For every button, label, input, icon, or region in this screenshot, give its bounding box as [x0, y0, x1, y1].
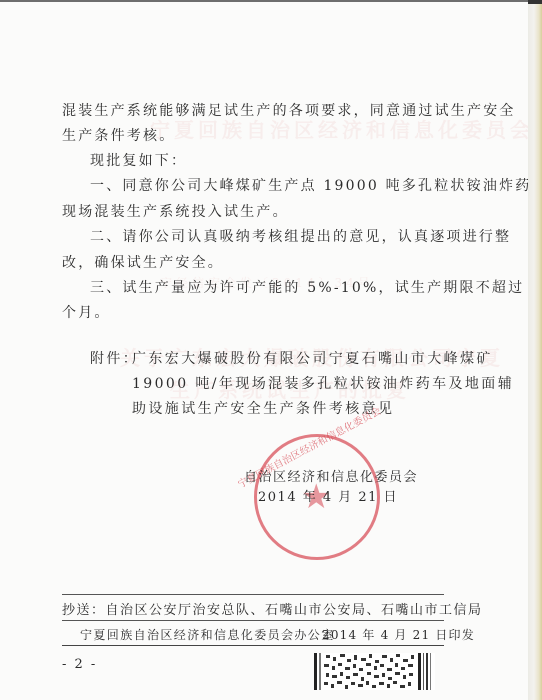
barcode-icon [314, 653, 435, 690]
item-3-line-2: 个月。 [62, 302, 111, 322]
scan-edge-border [528, 0, 542, 700]
footer-rule-bottom [62, 645, 444, 646]
footer-rule-top [62, 594, 444, 595]
body-text-line: 混装生产系统能够满足试生产的各项要求，同意通过试生产安全 [62, 100, 516, 120]
signing-date: 2014 年 4 月 21 日 [258, 486, 398, 505]
body-text-line: 生产条件考核。 [62, 125, 175, 145]
document-page: 宁夏回族自治区经济和信息化委员会 宁经信安全发〔2014〕34号 关于广东宏大爆… [0, 0, 528, 700]
item-2-line-1: 二、请你公司认真吸纳考核组提出的意见，认真逐项进行整 [90, 226, 511, 246]
cc-recipients: 抄送：自治区公安厅治安总队、石嘴山市公安局、石嘴山市工信局 [62, 599, 483, 618]
signing-organization: 自治区经济和信息化委员会 [244, 466, 418, 485]
issue-date: 2014 年 4 月 21 日印发 [322, 626, 475, 643]
cc-label: 抄送： [62, 603, 106, 618]
reply-intro: 现批复如下： [90, 150, 187, 170]
item-1-line-1: 一、同意你公司大峰煤矿生产点 19000 吨多孔粒状铵油炸药 [90, 175, 531, 195]
attachment-line: 19000 吨/年现场混装多孔粒状铵油炸药车及地面辅 [132, 373, 514, 393]
page-number: - 2 - [62, 657, 97, 672]
footer-rule-middle [62, 620, 444, 621]
item-1-line-2: 现场混装生产系统投入试生产。 [62, 201, 289, 221]
attachment-line: 广东宏大爆破股份有限公司宁夏石嘴山市大峰煤矿 [132, 348, 493, 368]
scan-edge-corner [528, 0, 542, 4]
item-3-line-1: 三、试生产量应为许可产能的 5%-10%，试生产期限不超过 6 [90, 277, 542, 297]
issuer-office: 宁夏回族自治区经济和信息化委员会办公室 [80, 626, 335, 643]
item-2-line-2: 改，确保试生产安全。 [62, 252, 224, 272]
cc-list: 自治区公安厅治安总队、石嘴山市公安局、石嘴山市工信局 [106, 603, 483, 618]
